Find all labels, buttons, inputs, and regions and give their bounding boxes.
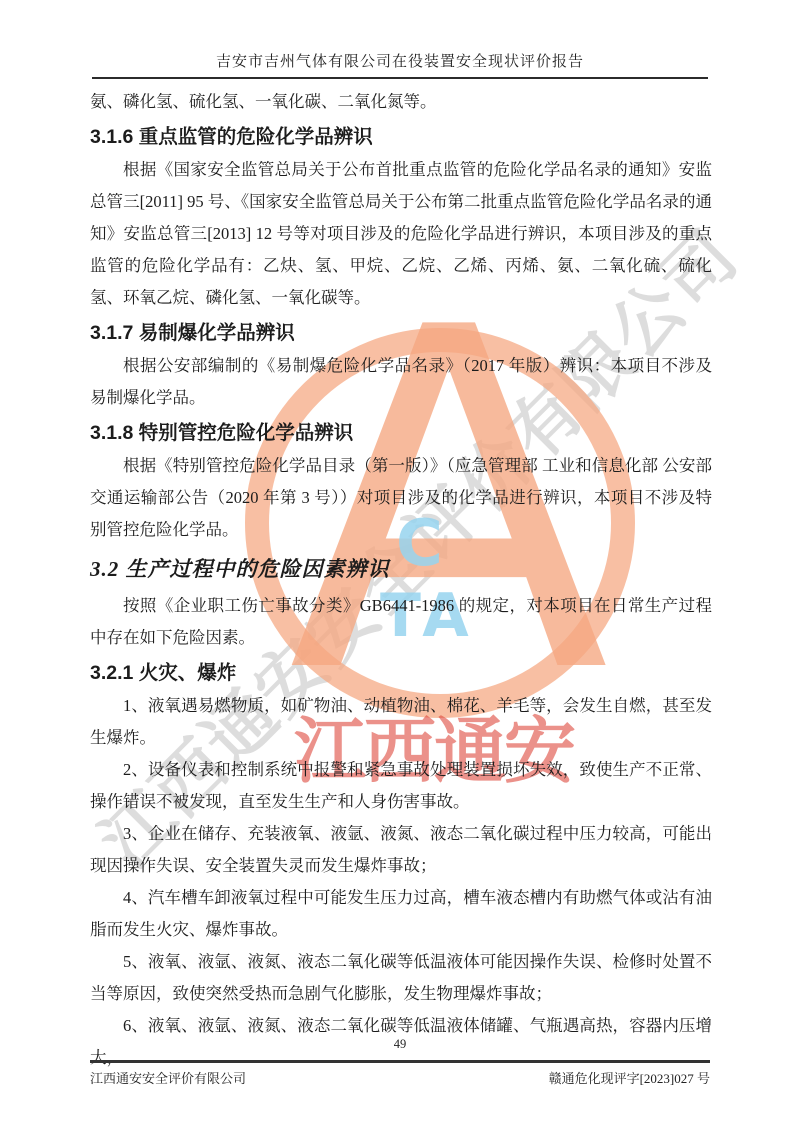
paragraph-explosive-precursor-chemicals: 根据公安部编制的《易制爆危险化学品名录》（2017 年版）辨识：本项目不涉及易制… xyxy=(90,350,712,414)
paragraph-continuation: 氨、磷化氢、硫化氢、一氧化碳、二氧化氮等。 xyxy=(90,86,712,118)
hazard-item-1: 1、液氧遇易燃物质，如矿物油、动植物油、棉花、羊毛等，会发生自燃，甚至发生爆炸。 xyxy=(90,690,712,754)
footer-doc-number: 赣通危化现评字[2023]027 号 xyxy=(549,1068,710,1087)
hazard-item-4: 4、汽车槽车卸液氧过程中可能发生压力过高，槽车液态槽内有助燃气体或沾有油脂而发生… xyxy=(90,882,712,946)
document-body: 氨、磷化氢、硫化氢、一氧化碳、二氧化氮等。 3.1.6 重点监管的危险化学品辨识… xyxy=(90,86,712,1074)
heading-3-1-6: 3.1.6 重点监管的危险化学品辨识 xyxy=(90,122,712,152)
page-footer: 江西通安安全评价有限公司 赣通危化现评字[2023]027 号 xyxy=(90,1068,710,1087)
paragraph-key-supervised-chemicals: 根据《国家安全监管总局关于公布首批重点监管的危险化学品名录的通知》安监总管三[2… xyxy=(90,154,712,314)
hazard-item-3: 3、企业在储存、充装液氧、液氩、液氮、液态二氧化碳过程中压力较高，可能出现因操作… xyxy=(90,818,712,882)
paragraph-gb6441-intro: 按照《企业职工伤亡事故分类》GB6441-1986 的规定，对本项目在日常生产过… xyxy=(90,590,712,654)
page-number: 49 xyxy=(0,1037,800,1052)
paragraph-special-control-chemicals: 根据《特别管控危险化学品目录（第一版）》（应急管理部 工业和信息化部 公安部 交… xyxy=(90,450,712,546)
hazard-item-2: 2、设备仪表和控制系统中报警和紧急事故处理装置损坏失效，致使生产不正常、操作错误… xyxy=(90,754,712,818)
heading-3-1-7: 3.1.7 易制爆化学品辨识 xyxy=(90,318,712,348)
heading-3-1-8: 3.1.8 特别管控危险化学品辨识 xyxy=(90,418,712,448)
hazard-item-5: 5、液氧、液氩、液氮、液态二氧化碳等低温液体可能因操作失误、检修时处置不当等原因… xyxy=(90,946,712,1010)
heading-3-2: 3.2 生产过程中的危险因素辨识 xyxy=(90,553,712,585)
report-page: 江西通安安全评价有限公司 A C TA 江西通安 吉安市吉州气体有限公司在役装置… xyxy=(0,0,800,1131)
page-header-title: 吉安市吉州气体有限公司在役装置安全现状评价报告 xyxy=(90,50,710,71)
footer-company-name: 江西通安安全评价有限公司 xyxy=(90,1068,246,1087)
heading-3-2-1: 3.2.1 火灾、爆炸 xyxy=(90,658,712,688)
header-rule xyxy=(92,77,708,79)
footer-rule xyxy=(90,1060,710,1063)
